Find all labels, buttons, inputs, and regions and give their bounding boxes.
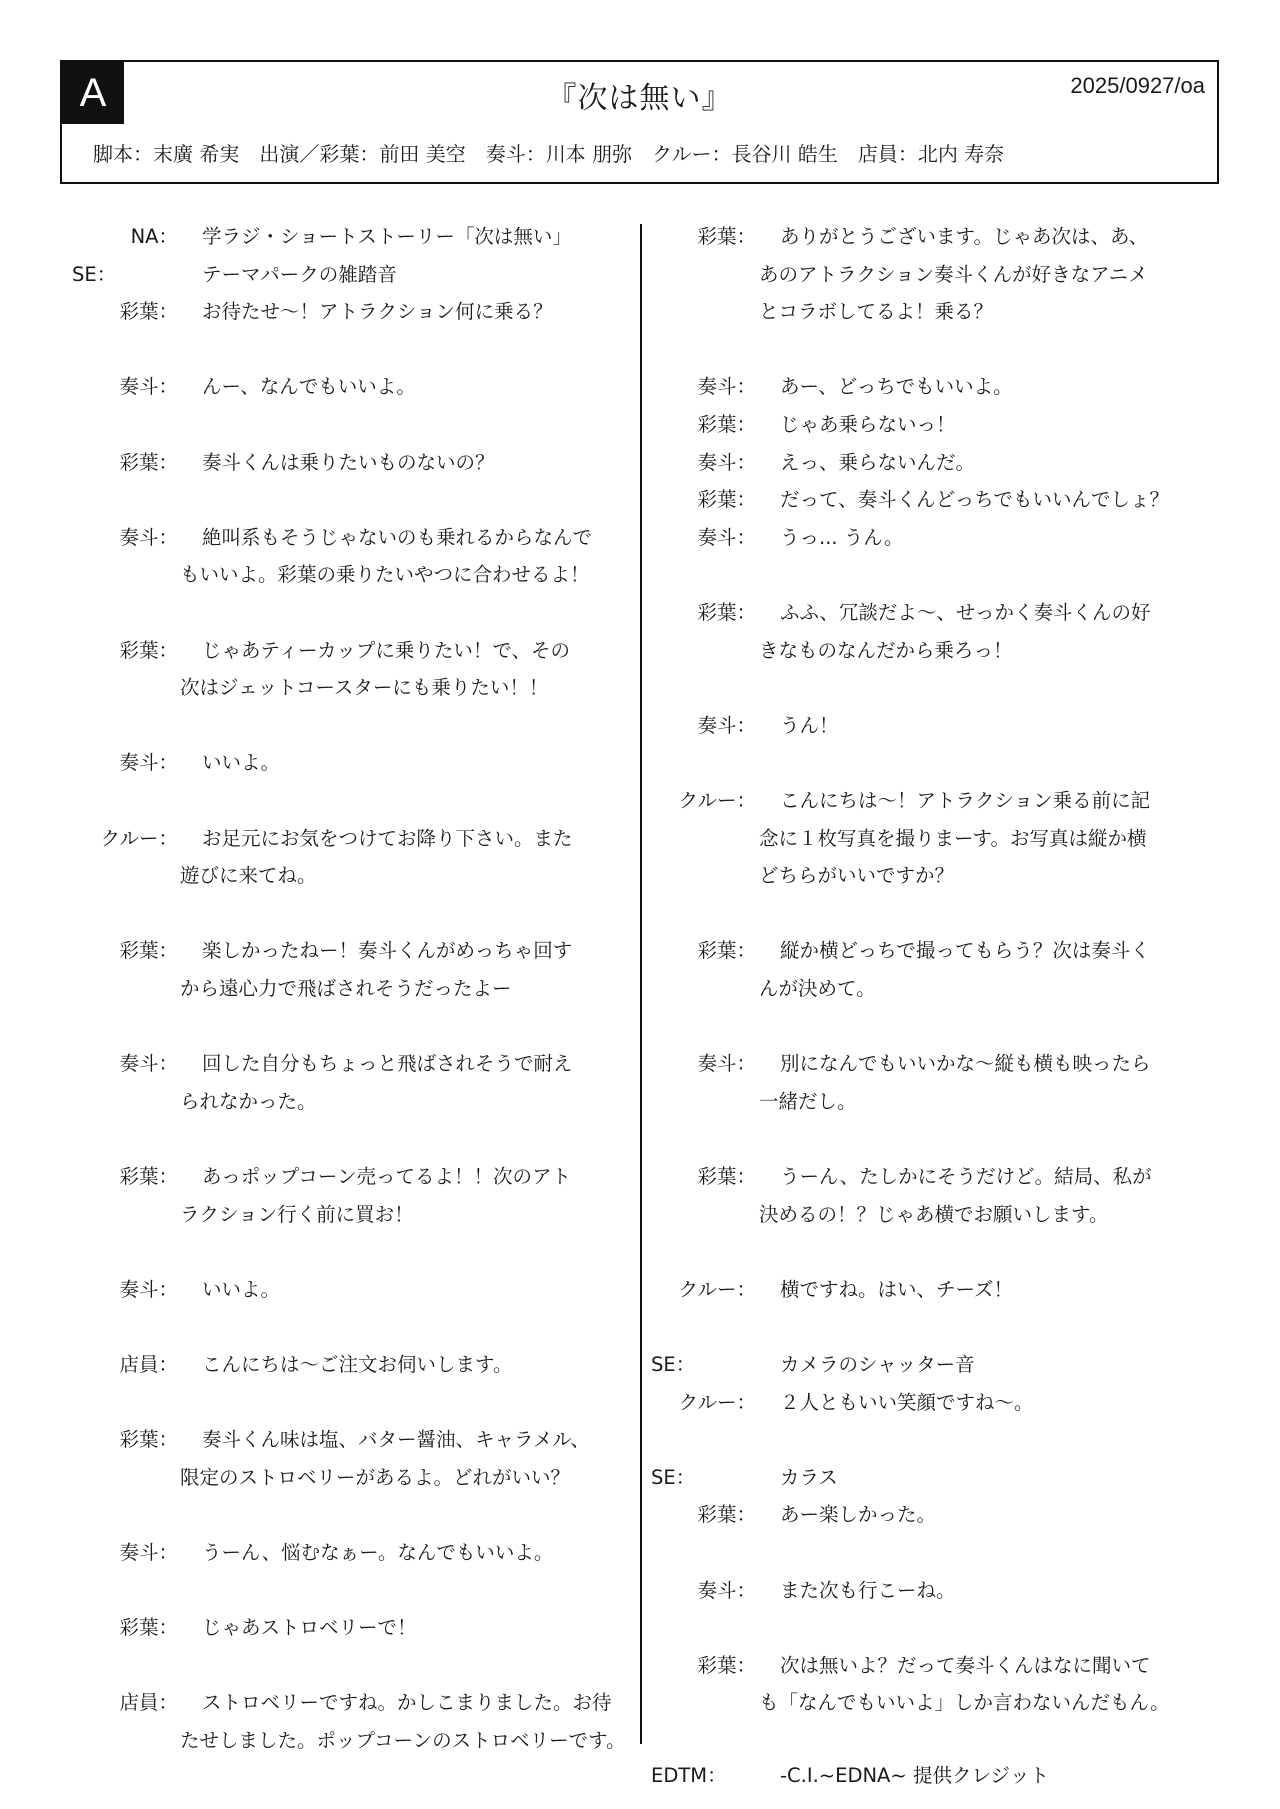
- line-text: ２人ともいい笑顔ですね～。: [780, 1388, 1034, 1418]
- line-text: 楽しかったねー！奏斗くんがめっちゃ回す: [202, 936, 572, 966]
- speaker-label: 奏斗：: [697, 1576, 756, 1606]
- script-header: A 『次は無い』 2025/0927/oa 脚本：末廣 希実 出演／彩葉：前田 …: [60, 60, 1219, 184]
- line-text: んー、なんでもいいよ。: [202, 372, 416, 402]
- speaker-label: 彩葉：: [119, 1613, 178, 1643]
- line-text-continuation: とコラボしてるよ！乗る？: [759, 297, 993, 327]
- line-text-continuation: ラクション行く前に買お！: [180, 1200, 414, 1230]
- speaker-label: NA：: [131, 222, 178, 252]
- speaker-label: クルー：: [679, 1275, 756, 1305]
- line-text-continuation: 念に１枚写真を撮りまーす。お写真は縦か横: [759, 824, 1146, 854]
- line-text: うん！: [780, 711, 839, 741]
- speaker-label: SE：: [651, 1350, 695, 1380]
- speaker-label: クルー：: [679, 786, 756, 816]
- line-text: 横ですね。はい、チーズ！: [780, 1275, 1013, 1305]
- speaker-label: EDTM：: [651, 1761, 727, 1791]
- line-text-continuation: 決めるの！？じゃあ横でお願いします。: [759, 1200, 1108, 1230]
- speaker-label: 奏斗：: [119, 1275, 178, 1305]
- line-text-continuation: どちらがいいですか？: [759, 861, 954, 891]
- line-text: また次も行こーね。: [780, 1576, 956, 1606]
- speaker-label: 奏斗：: [697, 1049, 756, 1079]
- line-text-continuation: から遠心力で飛ばされそうだったよー: [180, 974, 512, 1004]
- line-text: 絶叫系もそうじゃないのも乗れるからなんで: [202, 523, 592, 553]
- column-divider: [640, 224, 642, 1744]
- speaker-label: 奏斗：: [697, 448, 756, 478]
- line-text: お足元にお気をつけてお降り下さい。また: [202, 824, 573, 854]
- speaker-label: クルー：: [101, 824, 178, 854]
- speaker-label: 店員：: [119, 1350, 178, 1380]
- line-text-continuation: 遊びに来てね。: [180, 861, 317, 891]
- speaker-label: 彩葉：: [119, 936, 178, 966]
- line-text: カラス: [780, 1463, 838, 1493]
- line-text: うーん、たしかにそうだけど。結局、私が: [780, 1162, 1152, 1192]
- speaker-label: クルー：: [679, 1388, 756, 1418]
- line-text: 縦か横どっちで撮ってもらう？次は奏斗く: [780, 936, 1150, 966]
- speaker-label: SE：: [651, 1463, 695, 1493]
- line-text: カメラのシャッター音: [780, 1350, 975, 1380]
- speaker-label: 奏斗：: [119, 1538, 178, 1568]
- line-text-continuation: 限定のストロベリーがあるよ。どれがいい？: [180, 1463, 570, 1493]
- cue-text: -C.I.~EDNA~ 提供クレジット: [780, 1761, 1049, 1791]
- line-text-continuation: あのアトラクション奏斗くんが好きなアニメ: [759, 260, 1148, 290]
- line-text: 奏斗くんは乗りたいものないの？: [202, 448, 495, 478]
- speaker-label: 彩葉：: [697, 598, 756, 628]
- line-text: 次は無いよ？だって奏斗くんはなに聞いて: [780, 1651, 1151, 1681]
- speaker-label: 彩葉：: [697, 222, 756, 252]
- line-text-continuation: 一緒だし。: [759, 1087, 857, 1117]
- line-text: こんにちは～！アトラクション乗る前に記: [780, 786, 1150, 816]
- speaker-label: 彩葉：: [697, 410, 756, 440]
- speaker-label: 彩葉：: [119, 636, 178, 666]
- line-text: うーん、悩むなぁー。なんでもいいよ。: [202, 1538, 553, 1568]
- speaker-label: 奏斗：: [697, 523, 756, 553]
- script-title: 『次は無い』: [62, 80, 1217, 118]
- line-text: ストロベリーですね。かしこまりました。お待: [202, 1688, 612, 1718]
- line-text: じゃあティーカップに乗りたい！で、その: [202, 636, 570, 666]
- line-text: じゃあ乗らないっ！: [780, 410, 956, 440]
- line-text: あー、どっちでもいいよ。: [780, 372, 1013, 402]
- line-text-continuation: られなかった。: [180, 1087, 317, 1117]
- speaker-label: 彩葉：: [697, 1500, 756, 1530]
- speaker-label: 奏斗：: [119, 523, 178, 553]
- line-text: じゃあストロベリーで！: [202, 1613, 417, 1643]
- line-text: あっポップコーン売ってるよ！！次のアト: [202, 1162, 571, 1192]
- speaker-label: 奏斗：: [697, 372, 756, 402]
- cast-credits: 脚本：末廣 希実 出演／彩葉：前田 美空 奏斗：川本 朋弥 クルー：長谷川 皓生…: [93, 139, 1004, 169]
- line-text: 別になんでもいいかな～縦も横も映ったら: [780, 1049, 1151, 1079]
- line-text: テーマパークの雑踏音: [202, 260, 397, 290]
- line-text: 奏斗くん味は塩、バター醤油、キャラメル、: [202, 1425, 590, 1455]
- line-text: うっ... うん。: [780, 523, 903, 553]
- speaker-label: 奏斗：: [119, 372, 178, 402]
- speaker-label: 彩葉：: [119, 1425, 178, 1455]
- line-text: いいよ。: [202, 1275, 280, 1305]
- line-text: いいよ。: [202, 748, 280, 778]
- speaker-label: 彩葉：: [119, 297, 178, 327]
- line-text: ありがとうございます。じゃあ次は、あ、: [780, 222, 1148, 252]
- line-text-continuation: んが決めて。: [759, 974, 876, 1004]
- speaker-label: 奏斗：: [119, 1049, 178, 1079]
- line-text: あー楽しかった。: [780, 1500, 936, 1530]
- speaker-label: 彩葉：: [119, 448, 178, 478]
- speaker-label: 彩葉：: [119, 1162, 178, 1192]
- broadcast-date: 2025/0927/oa: [1070, 72, 1205, 100]
- line-text-continuation: きなものなんだから乗ろっ！: [759, 636, 1013, 666]
- speaker-label: 奏斗：: [119, 748, 178, 778]
- speaker-label: 彩葉：: [697, 485, 756, 515]
- line-text: こんにちは～ご注文お伺いします。: [202, 1350, 512, 1380]
- line-text: 学ラジ・ショートストーリー「次は無い」: [202, 222, 572, 252]
- line-text-continuation: もいいよ。彩葉の乗りたいやつに合わせるよ！: [180, 560, 590, 590]
- line-text: えっ、乗らないんだ。: [780, 448, 975, 478]
- speaker-label: SE：: [72, 260, 116, 290]
- speaker-label: 彩葉：: [697, 1162, 756, 1192]
- line-text: お待たせ～！アトラクション何に乗る？: [202, 297, 553, 327]
- line-text-continuation: たせしました。ポップコーンのストロベリーです。: [180, 1726, 626, 1756]
- speaker-label: 彩葉：: [697, 1651, 756, 1681]
- line-text: ふふ、冗談だよ～、せっかく奏斗くんの好: [780, 598, 1151, 628]
- speaker-label: 奏斗：: [697, 711, 756, 741]
- line-text-continuation: も「なんでもいいよ」しか言わないんだもん。: [759, 1688, 1170, 1718]
- line-text-continuation: 次はジェットコースターにも乗りたい！！: [180, 673, 548, 703]
- line-text: だって、奏斗くんどっちでもいいんでしょ？: [780, 485, 1169, 515]
- speaker-label: 店員：: [119, 1688, 178, 1718]
- line-text: 回した自分もちょっと飛ばされそうで耐え: [202, 1049, 573, 1079]
- speaker-label: 彩葉：: [697, 936, 756, 966]
